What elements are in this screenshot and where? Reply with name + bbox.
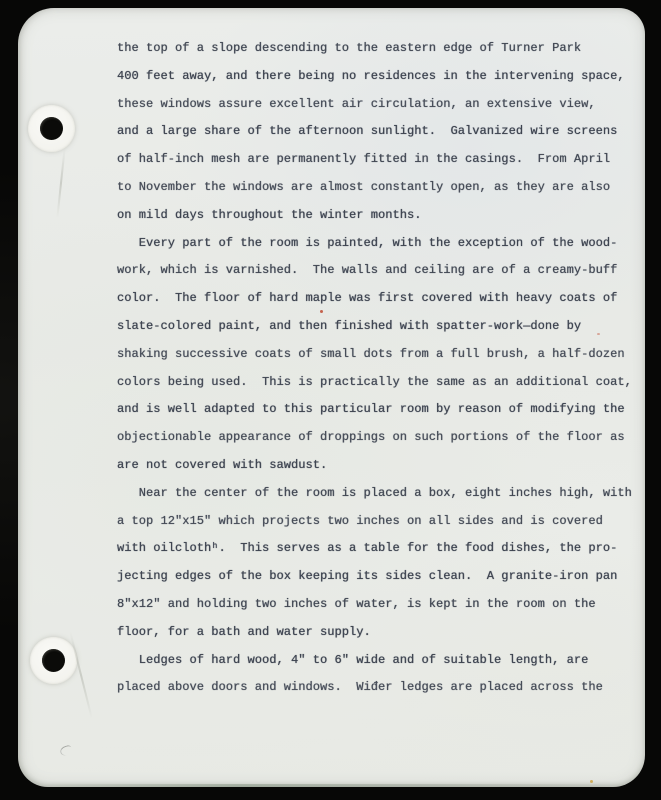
text-line: and a large share of the afternoon sunli… [117,118,645,146]
text-line: Near the center of the room is placed a … [117,480,645,508]
paper-edge-shadow [38,784,635,787]
text-line: to November the windows are almost const… [117,174,645,202]
text-line: on mild days throughout the winter month… [117,202,645,230]
punch-hole-bottom-core [42,649,65,672]
document-page: the top of a slope descending to the eas… [18,8,645,787]
text-line: slate-colored paint, and then finished w… [117,313,645,341]
text-line: Ledges of hard wood, 4" to 6" wide and o… [117,647,645,675]
text-line: the top of a slope descending to the eas… [117,35,645,63]
paper-crease [56,148,65,218]
text-line: Every part of the room is painted, with … [117,230,645,258]
text-line: these windows assure excellent air circu… [117,91,645,119]
text-line: floor, for a bath and water supply. [117,619,645,647]
text-line: and is well adapted to this particular r… [117,396,645,424]
text-line: a top 12"x15" which projects two inches … [117,508,645,536]
text-line: colors being used. This is practically t… [117,369,645,397]
scanned-document-screenshot: { "document": { "kind": "typewritten man… [0,0,661,800]
punch-hole-bottom [30,637,77,684]
paper-speck [590,780,593,783]
text-line: jecting edges of the box keeping its sid… [117,563,645,591]
text-line: are not covered with sawdust. [117,452,645,480]
text-line: objectionable appearance of droppings on… [117,424,645,452]
punch-hole-top [28,105,75,152]
paper-speck [320,310,323,313]
text-line: of half-inch mesh are permanently fitted… [117,146,645,174]
text-line: placed above doors and windows. Wiđer le… [117,674,645,702]
typewritten-text-block: the top of a slope descending to the eas… [117,35,645,702]
text-line: shaking successive coats of small dots f… [117,341,645,369]
text-line: color. The floor of hard maple was first… [117,285,645,313]
punch-hole-top-core [40,117,63,140]
text-line: with oilclothʰ. This serves as a table f… [117,535,645,563]
text-line: 400 feet away, and there being no reside… [117,63,645,91]
text-line: work, which is varnished. The walls and … [117,257,645,285]
text-line: 8"x12" and holding two inches of water, … [117,591,645,619]
paper-speck [597,333,600,335]
pencil-smudge [59,744,73,756]
paper-crease [69,631,92,719]
